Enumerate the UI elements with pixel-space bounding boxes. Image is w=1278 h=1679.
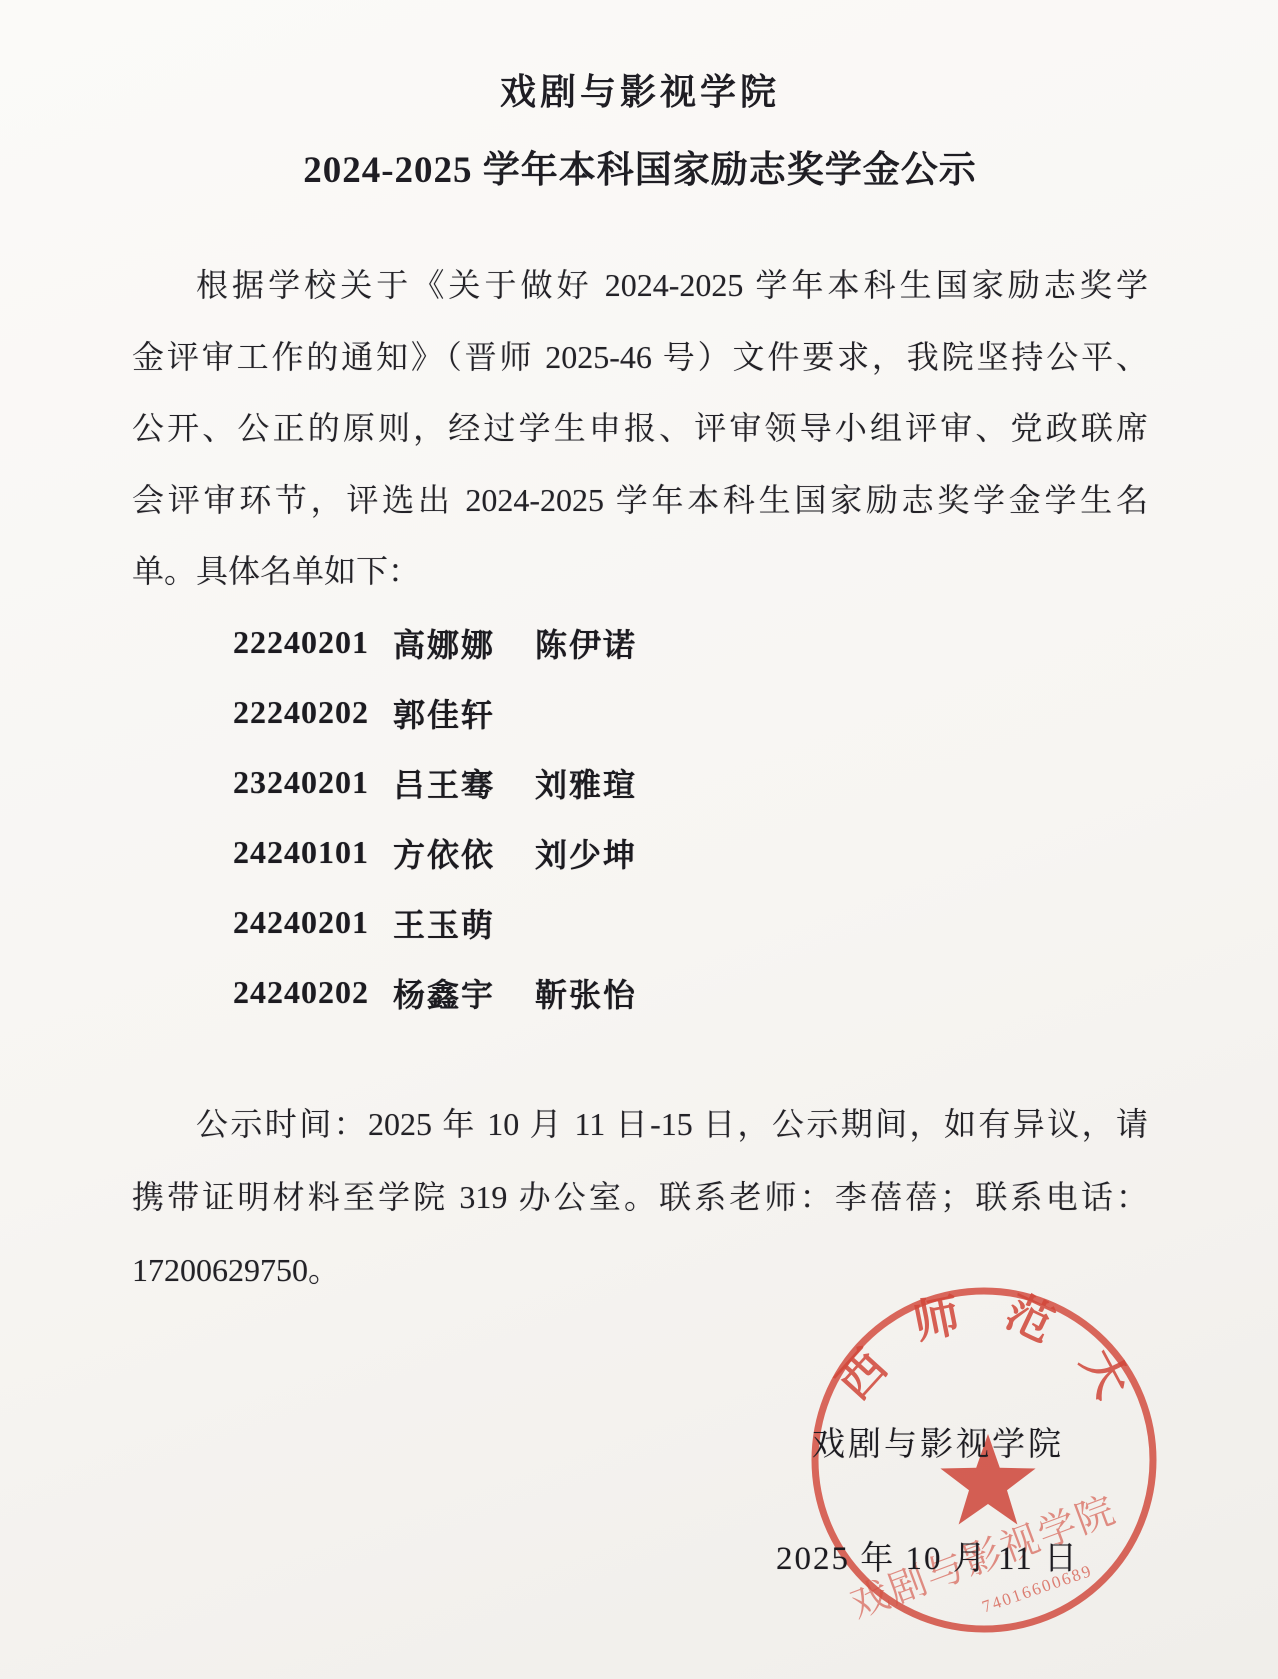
signature-date: 2025 年 10 月 11 日 xyxy=(776,1532,1079,1579)
intro-paragraph: 根据学校关于《关于做好 2024-2025 学年本科生国家励志奖学 金评审工作的… xyxy=(132,250,1148,608)
student-id: 23240201 xyxy=(233,764,369,801)
official-seal: 山西师范大学 戏剧与影视学院 74016600689 xyxy=(800,1282,1170,1652)
student-name: 王玉萌 xyxy=(393,900,495,946)
paragraph-line: 金评审工作的通知》（晋师 2025-46 号）文件要求，我院坚持公平、 xyxy=(132,322,1148,394)
paragraph-line: 根据学校关于《关于做好 2024-2025 学年本科生国家励志奖学 xyxy=(132,250,1148,322)
student-name: 郭佳轩 xyxy=(393,690,495,736)
student-row: 24240201 王玉萌 xyxy=(233,888,1148,958)
student-id: 24240201 xyxy=(233,904,369,941)
paragraph-line: 公开、公正的原则，经过学生申报、评审领导小组评审、党政联席 xyxy=(132,393,1148,465)
student-name: 高娜娜 xyxy=(393,620,495,666)
student-row: 22240202 郭佳轩 xyxy=(233,678,1148,748)
signature-college: 戏剧与影视学院 xyxy=(812,1418,1064,1465)
student-name: 吕王骞 xyxy=(393,760,495,806)
student-name: 杨鑫宇 xyxy=(393,970,495,1016)
student-name: 方依依 xyxy=(393,830,495,876)
student-name: 刘少坤 xyxy=(535,830,637,876)
scanned-document-page: 戏剧与影视学院 2024-2025 学年本科国家励志奖学金公示 根据学校关于《关… xyxy=(0,0,1278,1679)
notice-paragraph: 公示时间：2025 年 10 月 11 日-15 日，公示期间，如有异议，请 携… xyxy=(132,1088,1148,1307)
paragraph-line: 公示时间：2025 年 10 月 11 日-15 日，公示期间，如有异议，请 xyxy=(132,1088,1148,1161)
student-row: 22240201 高娜娜 陈伊诺 xyxy=(233,608,1148,678)
student-list: 22240201 高娜娜 陈伊诺 22240202 郭佳轩 23240201 吕… xyxy=(233,608,1148,1028)
student-id: 24240202 xyxy=(233,974,369,1011)
student-id: 22240201 xyxy=(233,624,369,661)
student-id: 22240202 xyxy=(233,694,369,731)
paragraph-line: 会评审环节，评选出 2024-2025 学年本科生国家励志奖学金学生名 xyxy=(132,465,1148,537)
student-name: 靳张怡 xyxy=(535,970,637,1016)
student-name: 刘雅瑄 xyxy=(535,760,637,806)
document-title: 戏剧与影视学院 xyxy=(132,64,1148,115)
paragraph-line: 单。具体名单如下： xyxy=(132,536,1148,608)
document-content: 戏剧与影视学院 2024-2025 学年本科国家励志奖学金公示 根据学校关于《关… xyxy=(0,0,1278,1307)
student-id: 24240101 xyxy=(233,834,369,871)
document-subtitle: 2024-2025 学年本科国家励志奖学金公示 xyxy=(132,139,1148,193)
student-name: 陈伊诺 xyxy=(535,620,637,666)
paragraph-line: 携带证明材料至学院 319 办公室。联系老师：李蓓蓓；联系电话： xyxy=(132,1161,1148,1234)
student-row: 23240201 吕王骞 刘雅瑄 xyxy=(233,748,1148,818)
student-row: 24240101 方依依 刘少坤 xyxy=(233,818,1148,888)
student-row: 24240202 杨鑫宇 靳张怡 xyxy=(233,958,1148,1028)
